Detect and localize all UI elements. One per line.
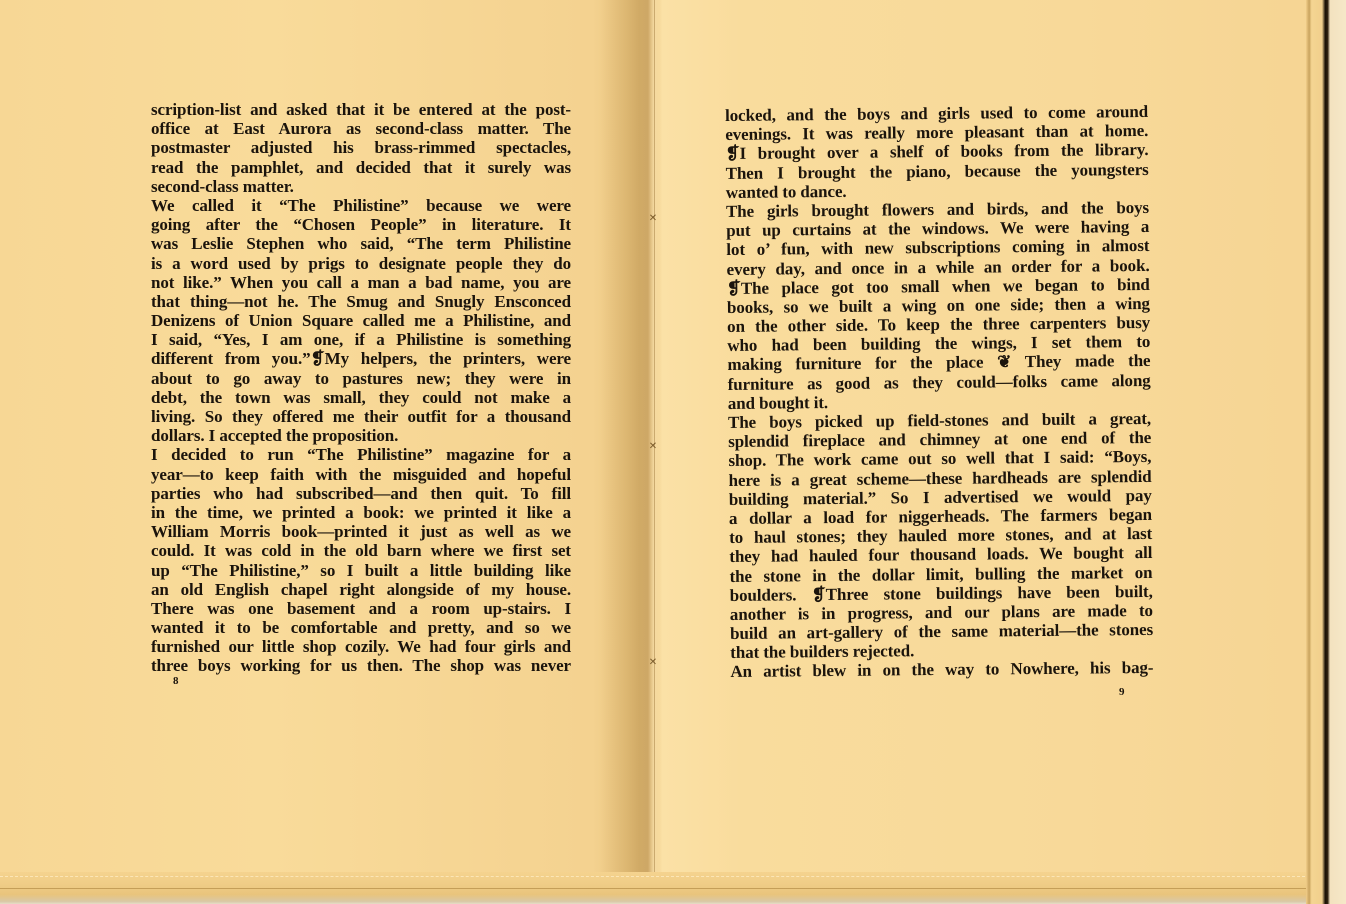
text-line: three boys working for us then. The shop… [151,656,571,675]
text-line: that thing—not he. The Smug and Snugly E… [151,292,571,311]
text-line: I decided to run “The Philistine” magazi… [151,445,571,464]
text-line: An artist blew in on the way to Nowhere,… [730,658,1153,681]
page-stack-bottom-edge [0,872,1310,904]
text-line: scription-list and asked that it be ente… [151,100,571,119]
left-page-text: scription-list and asked that it be ente… [151,100,571,676]
text-line: postmaster adjusted his brass-rimmed spe… [151,138,571,157]
binding-stitch: ✕ [646,444,660,450]
text-line: There was one basement and a room up-sta… [151,599,571,618]
text-line: about to go away to pastures new; they w… [151,369,571,388]
text-line: year—to keep faith with the misguided an… [151,465,571,484]
text-line: up “The Philistine,” so I built a little… [151,561,571,580]
gutter-shadow [600,0,660,904]
book-spread: ✕ ✕ ✕ scription-list and asked that it b… [0,0,1346,904]
text-line: We called it “The Philistine” because we… [151,196,571,215]
text-line: different from you.”❡My helpers, the pri… [151,349,571,368]
text-line: an old English chapel right alongside of… [151,580,571,599]
text-line: I said, “Yes, I am one, if a Philistine … [151,330,571,349]
text-line: in the time, we printed a book: we print… [151,503,571,522]
binding-stitch: ✕ [646,216,660,222]
text-line: office at East Aurora as second-class ma… [151,119,571,138]
book-cover-right-edge [1306,0,1346,904]
page-number-left: 8 [173,675,179,687]
text-line: second-class matter. [151,177,571,196]
text-line: William Morris book—printed it just as w… [151,522,571,541]
text-line: dollars. I accepted the proposition. [151,426,571,445]
page-number-right: 9 [1119,686,1125,698]
text-line: Then I brought the piano, because the yo… [726,159,1149,182]
gutter-fold [654,0,655,904]
text-line: Denizens of Union Square called me a Phi… [151,311,571,330]
text-line: going after the “Chosen People” in liter… [151,215,571,234]
text-line: wanted it to be comfortable and pretty, … [151,618,571,637]
text-line: could. It was cold in the old barn where… [151,541,571,560]
text-line: parties who had subscribed—and then quit… [151,484,571,503]
text-line: read the pamphlet, and decided that it s… [151,158,571,177]
text-line: furniture as good as they could—folks ca… [728,371,1151,394]
text-line: debt, the town was small, they could not… [151,388,571,407]
text-line: living. So they offered me their outfit … [151,407,571,426]
text-line: not like.” When you call a man a bad nam… [151,273,571,292]
binding-stitch: ✕ [646,660,660,666]
right-page-text: locked, and the boys and girls used to c… [725,102,1154,682]
text-line: was Leslie Stephen who said, “The term P… [151,234,571,253]
text-line: is a word used by prigs to designate peo… [151,254,571,273]
text-line: furnished our little shop cozily. We had… [151,637,571,656]
